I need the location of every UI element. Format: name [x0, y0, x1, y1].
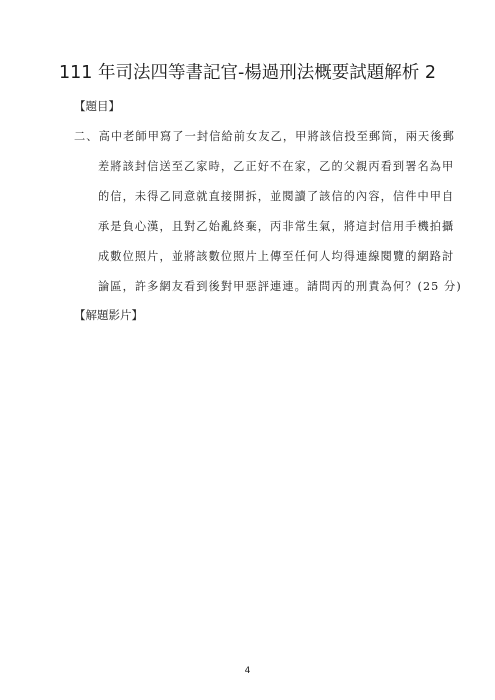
question-line: 論區，許多網友看到後對甲惡評連連。請問丙的刑責為何？(25 分) [98, 278, 462, 294]
section-label-video: 【解題影片】 [74, 307, 143, 323]
question-line: 二、高中老師甲寫了一封信給前女友乙，甲將該信投至郵筒，兩天後郵 [74, 128, 455, 144]
question-line: 成數位照片，並將該數位照片上傳至任何人均得連線閱覽的網路討 [98, 248, 454, 264]
question-line: 承是負心漢，且對乙始亂終棄，丙非常生氣，將這封信用手機拍攝 [98, 218, 454, 234]
document-page: 111 年司法四等書記官-楊過刑法概要試題解析 2 【題目】 二、高中老師甲寫了… [0, 0, 495, 700]
document-title: 111 年司法四等書記官-楊過刑法概要試題解析 2 [0, 59, 495, 84]
page-number: 4 [0, 666, 495, 676]
question-line: 的信，未得乙同意就直接開拆，並閱讀了該信的內容，信件中甲自 [98, 188, 454, 204]
section-label-question: 【題目】 [74, 98, 120, 114]
question-line: 差將該封信送至乙家時，乙正好不在家，乙的父親丙看到署名為甲 [98, 158, 454, 174]
